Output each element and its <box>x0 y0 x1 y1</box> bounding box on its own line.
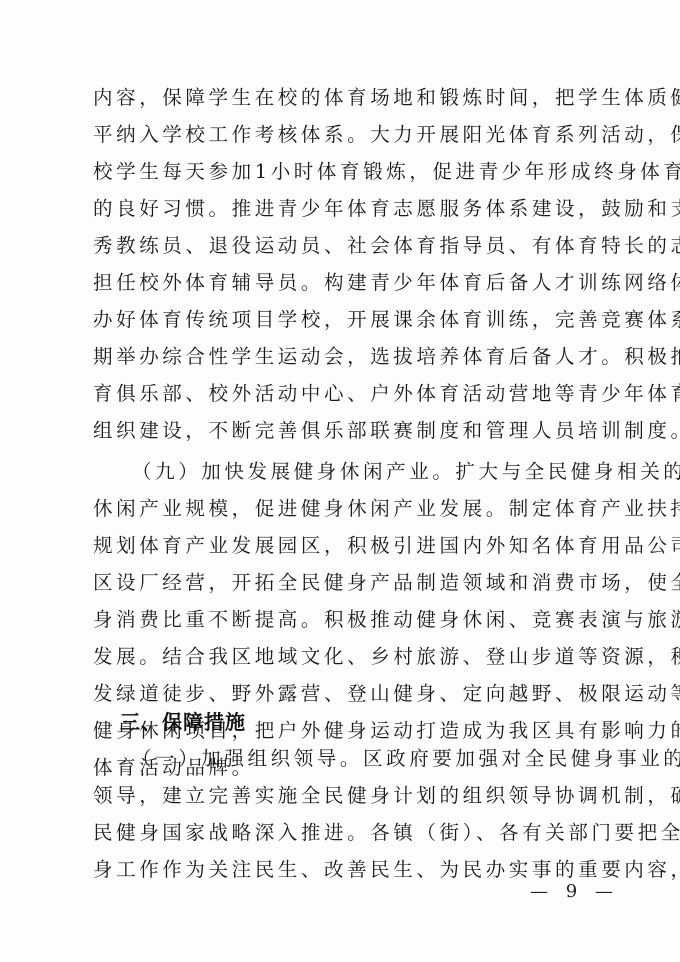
text-line: 期举办综合性学生运动会，选拔培养体育后备人才。积极推进体 <box>93 343 593 371</box>
text-line: 休闲产业规模，促进健身休闲产业发展。制定体育产业扶持政策， <box>93 495 593 523</box>
text-line: 规划体育产业发展园区，积极引进国内外知名体育用品公司来我 <box>93 532 593 560</box>
text-line: 校学生每天参加1小时体育锻炼，促进青少年形成终身体育健身 <box>93 158 593 186</box>
text-line: 区设厂经营，开拓全民健身产品制造领域和消费市场，使全民健 <box>93 569 593 597</box>
text-line: 身消费比重不断提高。积极推动健身休闲、竞赛表演与旅游融合 <box>93 606 593 634</box>
text-line: 发展。结合我区地域文化、乡村旅游、登山步道等资源，积极开 <box>93 643 593 671</box>
text-line: （九）加快发展健身休闲产业。扩大与全民健身相关的体育 <box>132 458 593 486</box>
text-line: 平纳入学校工作考核体系。大力开展阳光体育系列活动，保证在 <box>93 121 593 149</box>
text-line: （一）加强组织领导。区政府要加强对全民健身事业的组织 <box>132 745 593 773</box>
text-line: 身工作作为关注民生、改善民生、为民办实事的重要内容，将全 <box>93 856 593 884</box>
document-page: 内容，保障学生在校的体育场地和锻炼时间，把学生体质健康水 平纳入学校工作考核体系… <box>0 0 680 962</box>
page-number: — 9 — <box>530 880 619 904</box>
text-line: 的良好习惯。推进青少年体育志愿服务体系建设，鼓励和支持优 <box>93 195 593 223</box>
section-heading: 三、保障措施 <box>120 708 246 736</box>
text-line: 育俱乐部、校外活动中心、户外体育活动营地等青少年体育社会 <box>93 380 593 408</box>
text-line: 民健身国家战略深入推进。各镇（街）、各有关部门要把全民健 <box>93 819 593 847</box>
text-line: 领导，建立完善实施全民健身计划的组织领导协调机制，确保全 <box>93 782 593 810</box>
text-line: 秀教练员、退役运动员、社会体育指导员、有体育特长的志愿者 <box>93 232 593 260</box>
text-line: 组织建设，不断完善俱乐部联赛制度和管理人员培训制度。 <box>93 417 593 445</box>
text-line: 担任校外体育辅导员。构建青少年体育后备人才训练网络体系， <box>93 269 593 297</box>
text-line: 内容，保障学生在校的体育场地和锻炼时间，把学生体质健康水 <box>93 84 593 112</box>
text-line: 办好体育传统项目学校，开展课余体育训练，完善竞赛体系，定 <box>93 306 593 334</box>
text-line: 发绿道徒步、野外露营、登山健身、定向越野、极限运动等户外 <box>93 680 593 708</box>
